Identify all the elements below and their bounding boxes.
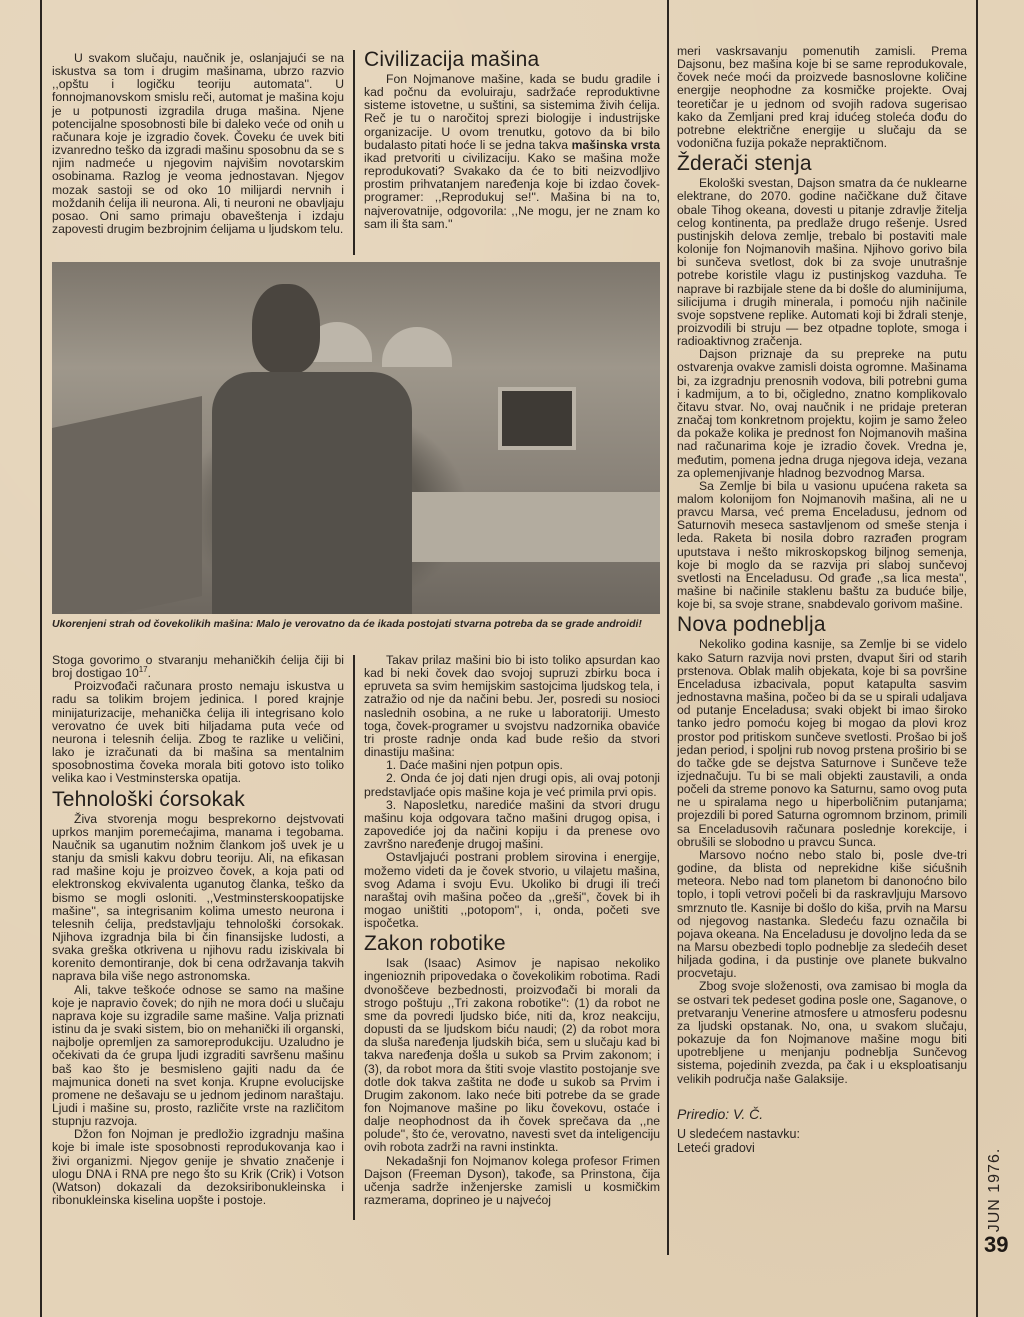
photo-monitor [498, 387, 576, 450]
section-heading: Civilizacija mašina [364, 48, 660, 72]
column-middle-bottom: Takav prilaz mašini bio bi isto toliko a… [364, 654, 660, 1207]
section-heading: Nova podneblja [677, 613, 967, 637]
section-heading: Tehnološki ćorsokak [52, 788, 344, 812]
paragraph: Dajson priznaje da su prepreke na putu o… [677, 348, 967, 480]
paragraph: meri vaskrsavanju pomenutih zamisli. Pre… [677, 45, 967, 150]
magazine-page: U svakom slučaju, naučnik je, oslanjajuć… [0, 0, 1024, 1317]
issue-date: JUN 1976. [975, 1140, 1015, 1240]
photo-person-body [212, 372, 412, 614]
paragraph: Nekoliko godina kasnije, sa Zemlje bi se… [677, 638, 967, 849]
column-rule-1b [353, 655, 355, 1220]
paragraph: Takav prilaz mašini bio bi isto toliko a… [364, 654, 660, 759]
paragraph: Proizvođači računara prosto nemaju iskus… [52, 680, 344, 785]
paragraph: Stoga govorimo o stvaranju mehaničkih će… [52, 654, 344, 680]
column-middle-top: Civilizacija mašina Fon Nojmanove mašine… [364, 46, 660, 231]
page-number: 39 [984, 1232, 1008, 1258]
paragraph: Fon Nojmanove mašine, kada se budu gradi… [364, 73, 660, 231]
section-heading: Zakon robotike [364, 932, 660, 956]
column-left-bottom: Stoga govorimo o stvaranju mehaničkih će… [52, 654, 344, 1207]
paragraph: Ostavljajući postrani problem sirovina i… [364, 851, 660, 930]
photo-arch-2 [382, 327, 452, 367]
photo-desk [412, 492, 660, 562]
next-installment-label: U sledećem nastavku: [677, 1127, 967, 1141]
author-credit: Priredio: V. Č. [677, 1108, 967, 1121]
paragraph: Nekadašnji fon Nojmanov kolega profesor … [364, 1155, 660, 1208]
list-item: 3. Naposletku, narediće mašini da stvori… [364, 799, 660, 852]
paragraph: Marsovo noćno nebo stalo bi, posle dve-t… [677, 849, 967, 981]
paragraph: Ekološki svestan, Dajson smatra da će nu… [677, 177, 967, 348]
column-rule-1 [353, 50, 355, 255]
section-heading: Žderači stenja [677, 152, 967, 176]
article-photo [52, 262, 660, 614]
photo-caption: Ukorenjeni strah od čovekolikih mašina: … [52, 618, 662, 630]
column-rule-2 [667, 0, 669, 1255]
list-item: 2. Onda će joj dati njen drugi opis, ali… [364, 772, 660, 798]
photo-console-left [52, 396, 202, 614]
next-installment-title: Leteći gradovi [677, 1141, 967, 1155]
paragraph: Sa Zemlje bi bila u vasionu upućena rake… [677, 480, 967, 612]
paragraph: Živa stvorenja mogu besprekorno dejstvov… [52, 813, 344, 984]
paragraph: U svakom slučaju, naučnik je, oslanjajuć… [52, 52, 344, 236]
paragraph: Ali, takve teškoće odnose se samo na maš… [52, 984, 344, 1129]
paragraph: Zbog svoje složenosti, ova zamisao bi mo… [677, 980, 967, 1085]
column-right: meri vaskrsavanju pomenutih zamisli. Pre… [677, 45, 967, 1155]
emphasis: mašinska vrsta [572, 138, 660, 152]
paragraph: Isak (Isaac) Asimov je napisao nekoliko … [364, 957, 660, 1154]
right-margin-rule [976, 0, 978, 1317]
paragraph: Džon fon Nojman je predložio izgradnju m… [52, 1128, 344, 1207]
photo-person-head [252, 284, 320, 374]
left-margin-rule [40, 0, 42, 1317]
column-left-top: U svakom slučaju, naučnik je, oslanjajuć… [52, 52, 344, 236]
